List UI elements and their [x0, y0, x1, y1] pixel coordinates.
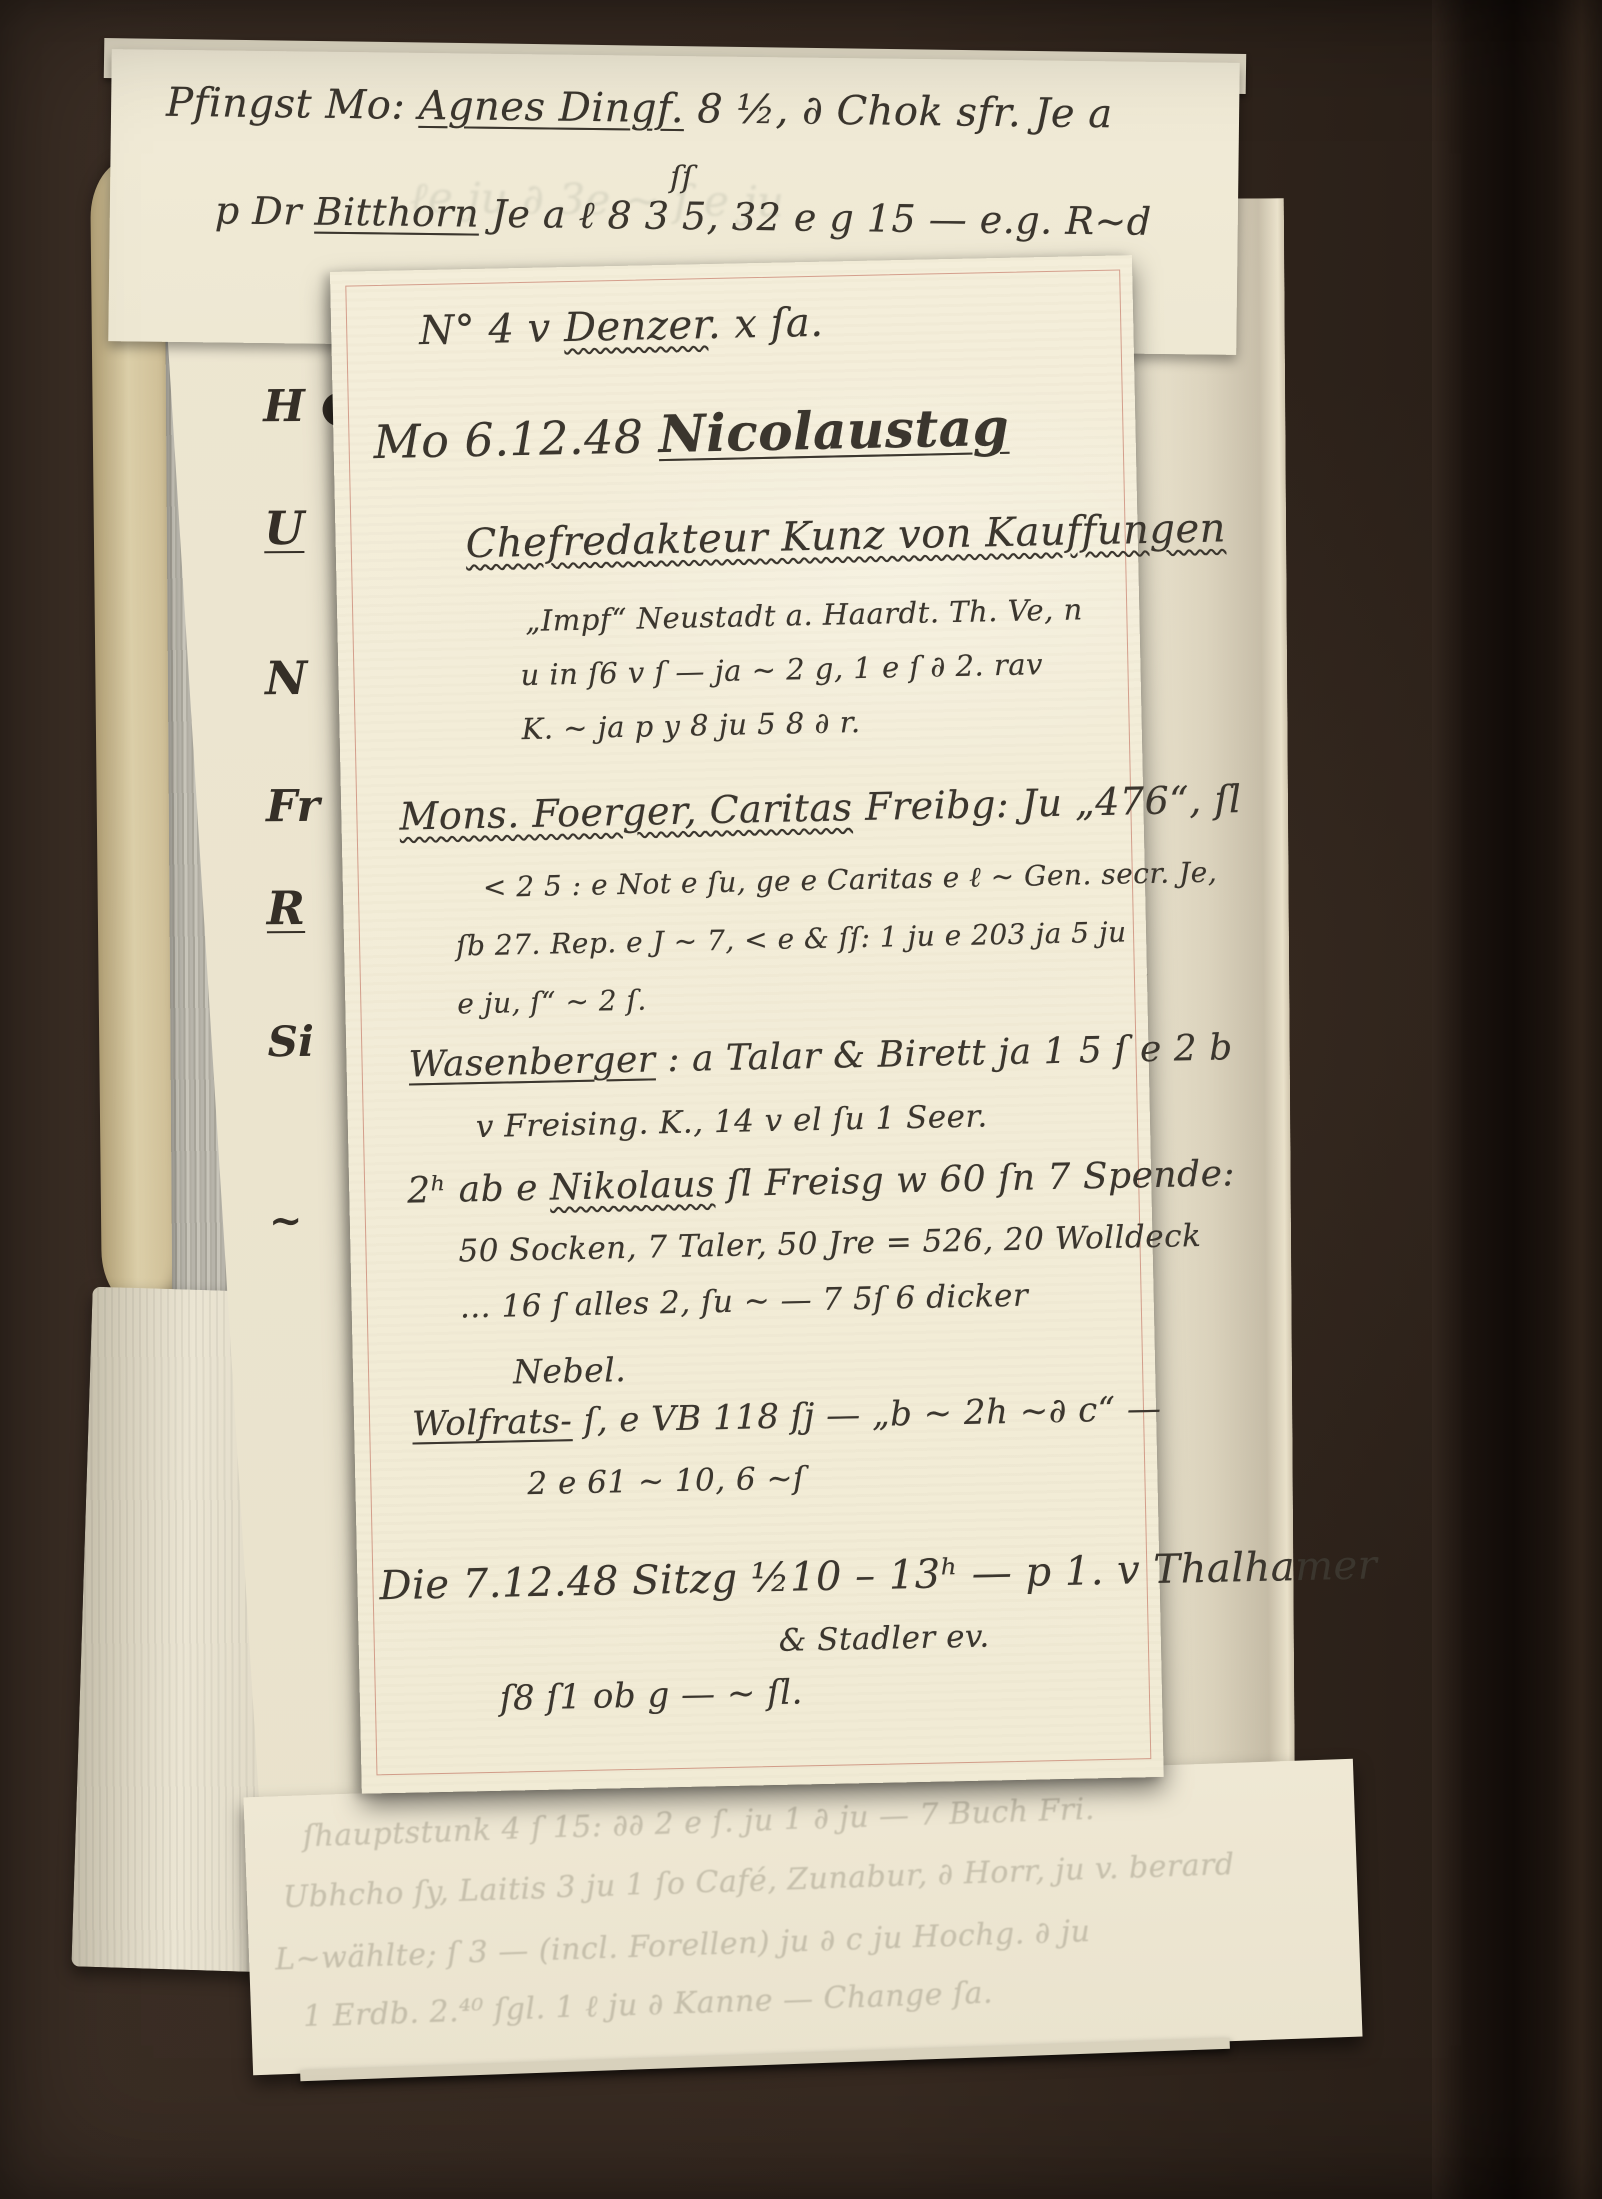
line-text: ſſ [670, 160, 694, 195]
shorthand-line: K. ~ ja p y 8 ju 5 8 ∂ r. [521, 705, 861, 746]
underlined-name: Wasenberger [408, 1039, 656, 1085]
line-text: p Dr [215, 188, 315, 233]
underlined-name: Agnes Dingf. [418, 83, 684, 132]
faint-handwritten-line: L~wählte; ſ 3 — (incl. Forellen) ju ∂ c … [275, 1914, 1091, 1977]
line-text: N° 4 v [419, 305, 565, 354]
cutoff-margin-letter: R [267, 881, 306, 935]
underlined-name: Denzer [563, 302, 708, 351]
entry-line-denzer: N° 4 v Denzer. x ſa. [419, 300, 824, 354]
shorthand-line: e ju, ſ“ ~ 2 ſ. [457, 984, 647, 1021]
notebook-photograph: N H ● U N Fr R Si ~ ( ) ℓ ſhauptstunk 4 … [0, 0, 1602, 2199]
line-text: & Stadler ev. [778, 1618, 990, 1658]
cutoff-margin-letter: U [264, 501, 305, 555]
underlined-name: Wolfrats- [412, 1401, 573, 1444]
cutoff-margin-letter: ~ [269, 1197, 303, 1244]
underlined-heading: Nicolaustag [658, 398, 1010, 465]
line-text: 1 Erdb. 2.⁴⁰ ſgl. 1 ℓ ju ∂ Kanne — Chang… [303, 1975, 994, 2034]
line-text: Ubhcho ſy, Laitis 3 ju 1 ſo Café, Zunabu… [282, 1847, 1235, 1915]
cutoff-margin-letter: Si [268, 1017, 315, 1066]
line-text: . x ſa. [707, 300, 824, 348]
line-text: ſ8 ſ1 ob g — ~ ſl. [499, 1672, 803, 1718]
faint-handwritten-line: ſhauptstunk 4 ſ 15: ∂∂ 2 e ſ. ju 1 ∂ ju … [302, 1792, 1095, 1855]
line-text: Je a ℓ 8 3 5, 32 e g 15 — e.g. R~d [479, 192, 1152, 244]
line-text: Nebel. [513, 1350, 627, 1391]
handwritten-line-pfingst: Pfingst Mo: Agnes Dingf. 8 ½, ∂ Chok sfr… [166, 80, 1113, 138]
line-text: Pfingst Mo: [166, 80, 419, 129]
line-text: 2ʰ ab e [407, 1168, 550, 1212]
line-text: L~wählte; ſ 3 — (incl. Forellen) ju ∂ c … [275, 1914, 1091, 1977]
shorthand-line: 2 e 61 ~ 10, 6 ~ſ [527, 1460, 805, 1502]
line-text: K. ~ ja p y 8 ju 5 8 ∂ r. [521, 705, 861, 746]
shorthand-line: ſ8 ſ1 ob g — ~ ſl. [499, 1672, 803, 1718]
line-text: Mo 6.12.48 [373, 409, 659, 469]
line-text: 8 ½, ∂ Chok sfr. Je a [684, 86, 1113, 137]
line-text: ſhauptstunk 4 ſ 15: ∂∂ 2 e ſ. ju 1 ∂ ju … [302, 1792, 1095, 1855]
lower-sheet-with-faint-writing: ſhauptstunk 4 ſ 15: ∂∂ 2 e ſ. ju 1 ∂ ju … [243, 1759, 1362, 2076]
main-diary-sheet: N° 4 v Denzer. x ſa. Mo 6.12.48 Nicolaus… [330, 255, 1164, 1793]
line-text: 2 e 61 ~ 10, 6 ~ſ [527, 1460, 805, 1502]
small-correction-mark: ſſ [670, 160, 694, 195]
line-text: e ju, ſ“ ~ 2 ſ. [457, 984, 647, 1021]
line-text: Freibg: Ju „476“, ſl [852, 777, 1242, 829]
underlined-name: Bitthorn [314, 190, 479, 236]
entry-line-stadler: & Stadler ev. [778, 1618, 990, 1658]
entry-line-nebel: Nebel. [513, 1350, 627, 1391]
cutoff-margin-letter: Fr [266, 781, 320, 832]
faint-handwritten-line: Ubhcho ſy, Laitis 3 ju 1 ſo Café, Zunabu… [282, 1847, 1235, 1915]
underlined-name: Nikolaus [549, 1164, 715, 1208]
faint-handwritten-line: 1 Erdb. 2.⁴⁰ ſgl. 1 ℓ ju ∂ Kanne — Chang… [303, 1975, 994, 2034]
cutoff-margin-letter: N [265, 651, 307, 705]
book-cover-edge [1432, 0, 1602, 2199]
handwritten-line-bitthorn: p Dr Bitthorn Je a ℓ 8 3 5, 32 e g 15 — … [215, 188, 1152, 244]
